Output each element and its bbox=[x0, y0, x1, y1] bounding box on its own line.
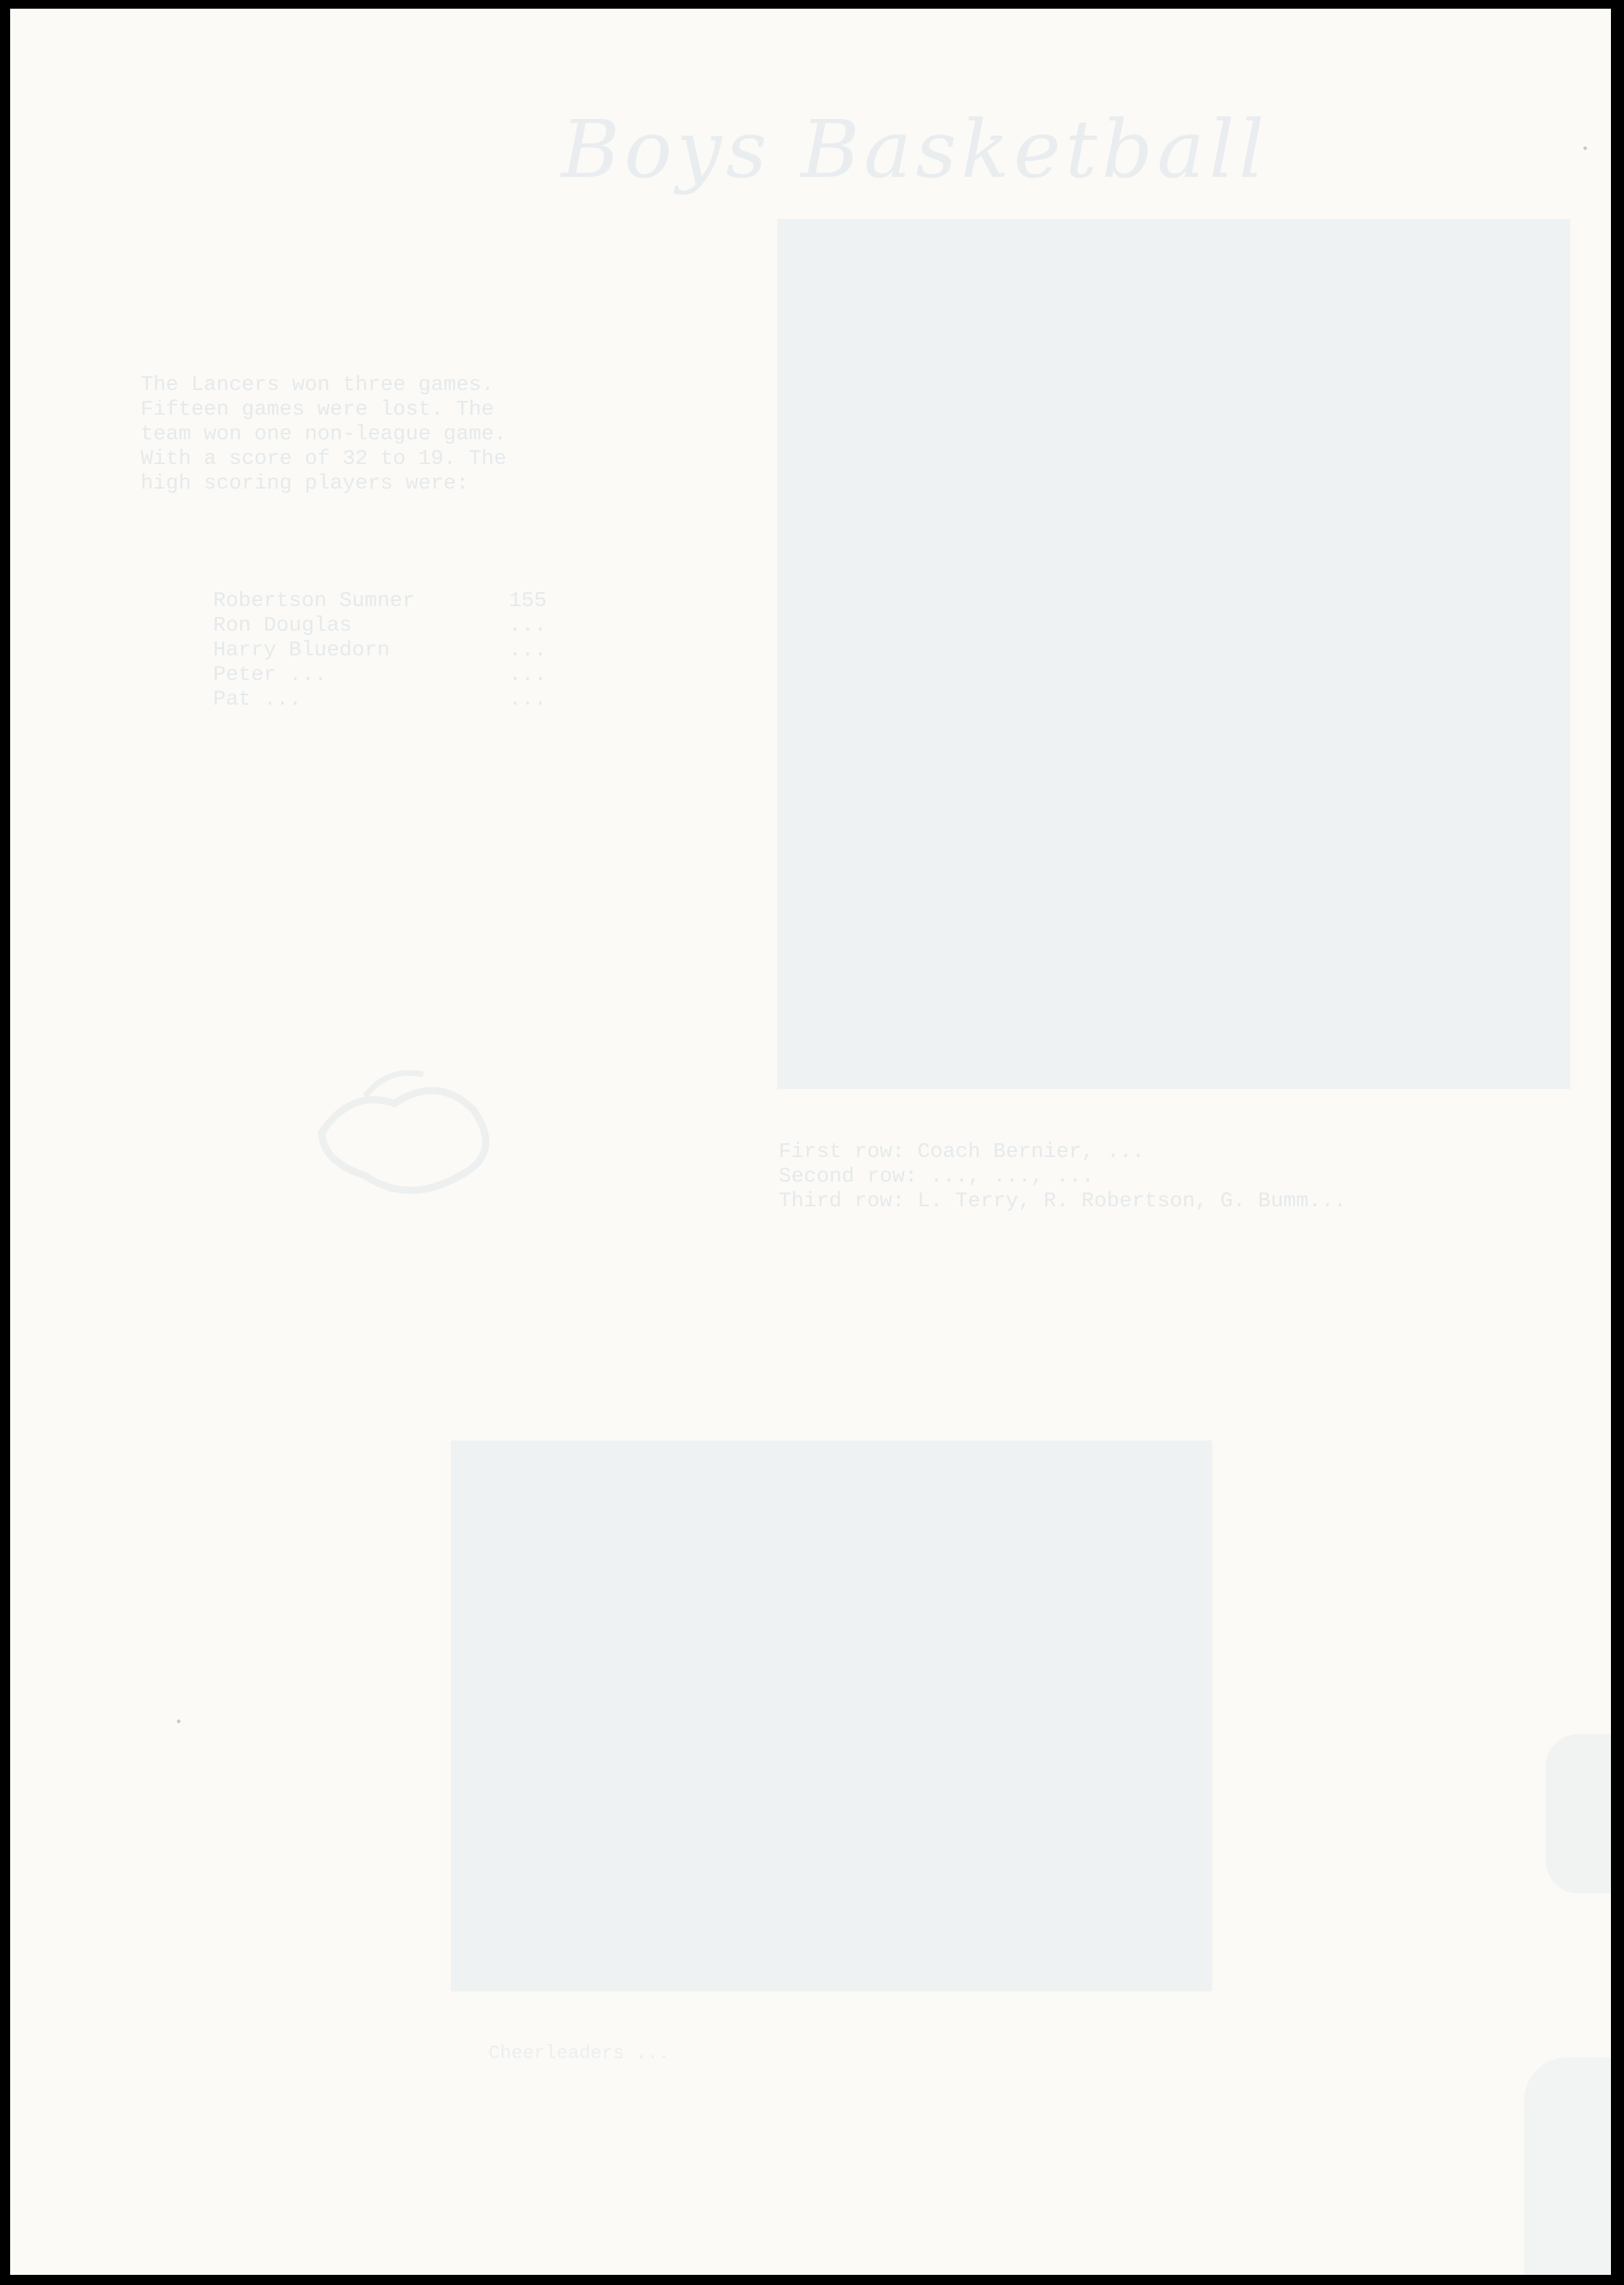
yearbook-page: Boys Basketball The Lancers won three ga… bbox=[10, 9, 1611, 2275]
bleed-through-mark bbox=[1546, 1734, 1611, 1894]
list-item: Robertson Sumner155 bbox=[213, 589, 547, 613]
basketball-doodle-icon bbox=[278, 1045, 539, 1227]
bleed-through-mark bbox=[1524, 2057, 1611, 2275]
bottom-caption: Cheerleaders ... bbox=[489, 2042, 1069, 2064]
team-photo-caption: First row: Coach Bernier, ... Second row… bbox=[779, 1140, 1504, 1214]
cheerleader-photo bbox=[451, 1440, 1212, 1991]
page-title: Boys Basketball bbox=[561, 103, 1269, 196]
season-summary: The Lancers won three games. Fifteen gam… bbox=[141, 373, 692, 496]
scorers-list: Robertson Sumner155 Ron Douglas... Harry… bbox=[213, 589, 547, 712]
paper-speck bbox=[177, 1720, 181, 1723]
list-item: Pat ...... bbox=[213, 687, 547, 712]
list-item: Ron Douglas... bbox=[213, 613, 547, 638]
team-photo bbox=[777, 219, 1570, 1089]
list-item: Peter ...... bbox=[213, 663, 547, 687]
list-item: Harry Bluedorn... bbox=[213, 638, 547, 663]
paper-speck bbox=[1583, 146, 1587, 150]
